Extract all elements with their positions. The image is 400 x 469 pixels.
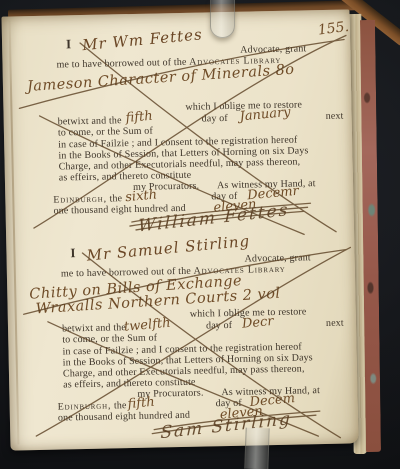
transparent-holding-strip-top	[210, 0, 235, 38]
entry1-advocate-grant: Advocate, grant	[240, 44, 306, 55]
transparent-holding-strip-bottom	[244, 428, 269, 469]
entry2-next: next	[326, 319, 344, 329]
entry2-the: the	[114, 400, 127, 411]
entry1-next: next	[326, 112, 344, 122]
entry2-sum-line: to come, or the Sum of	[62, 334, 157, 346]
entry1-sum-line: to come, or the Sum of	[58, 127, 153, 139]
ledger-photo: 155. I Mr Wm Fettes Advocate, grant me t…	[0, 0, 400, 469]
entry1-borrower-name: Mr Wm Fettes	[81, 25, 203, 54]
entry1-restore-day: fifth	[125, 109, 153, 126]
entry1-the: the	[109, 193, 122, 204]
entry1-borrowed-prefix: me to have borrowed out of the	[56, 57, 186, 71]
entry2-day-of: day of	[206, 321, 232, 332]
entry2-pronoun: I	[70, 246, 75, 259]
entry1-signed-day: sixth	[125, 187, 158, 205]
entry2-advocate-grant: Advocate, grant	[245, 253, 311, 264]
entry2-borrower-name: Mr Samuel Stirling	[86, 232, 251, 265]
gutter-crease	[9, 21, 20, 445]
entry2-restore-month: Decr	[241, 314, 274, 332]
entry1-pronoun: I	[66, 37, 71, 50]
ledger-page: 155. I Mr Wm Fettes Advocate, grant me t…	[1, 9, 358, 450]
page-number: 155.	[317, 19, 350, 39]
entry2-signed-day: fifth	[127, 395, 155, 412]
entry1-day-of: day of	[202, 114, 228, 125]
entry1-restore-month: January	[239, 105, 291, 125]
